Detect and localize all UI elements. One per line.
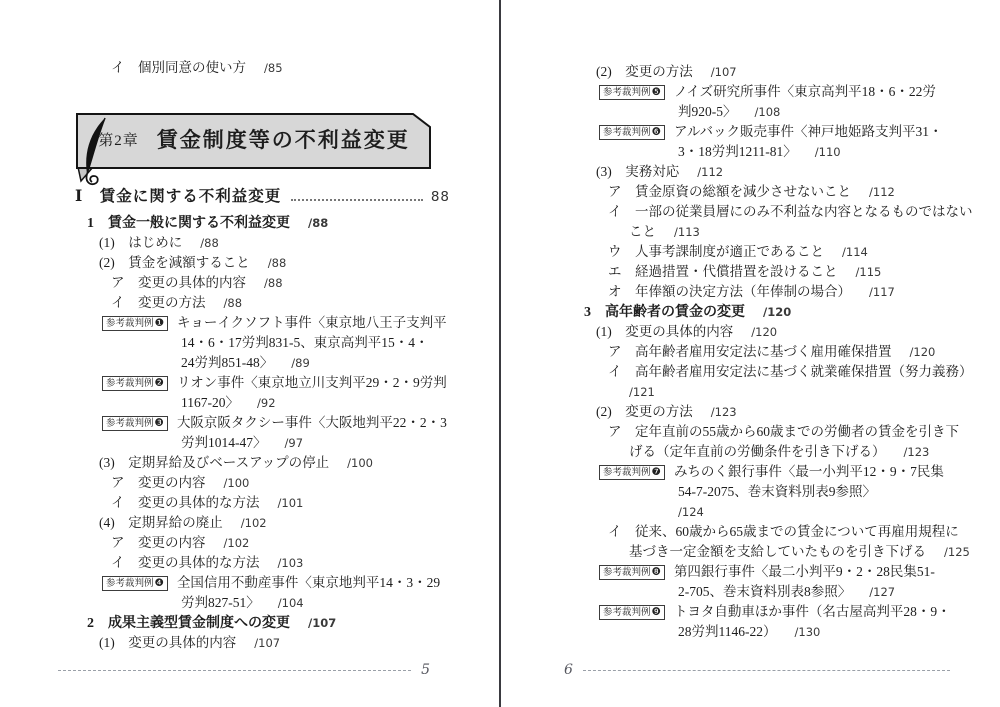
toc-text: イ 一部の従業員層にのみ不利益な内容となるものではない bbox=[608, 204, 973, 219]
toc-row: 基づき一定金額を支給していたものを引き下げる/125 bbox=[572, 542, 972, 562]
toc-row: こと/113 bbox=[572, 222, 972, 242]
page-ref: /120 bbox=[751, 325, 777, 339]
toc-row: ア 高年齢者雇用安定法に基づく雇用確保措置/120 bbox=[572, 342, 972, 362]
right-page: (2) 変更の方法/107参考裁判例❺ノイズ研究所事件〈東京高判平18・6・22… bbox=[500, 0, 1000, 707]
footer-rule bbox=[58, 670, 411, 671]
toc-text: (1) 変更の具体的内容 bbox=[596, 324, 733, 339]
toc-row: 14・6・17労判831-5、東京高判平15・4・ bbox=[75, 333, 450, 353]
page-ref: /102 bbox=[241, 516, 267, 530]
toc-row: (4) 定期昇給の廃止/102 bbox=[75, 513, 450, 533]
page-ref: /117 bbox=[869, 285, 895, 299]
toc-row: ア 賃金原資の総額を減少させないこと/112 bbox=[572, 182, 972, 202]
page-ref: /104 bbox=[278, 596, 304, 610]
toc-text: (2) 変更の方法 bbox=[596, 64, 693, 79]
page-ref: /85 bbox=[264, 61, 283, 75]
case-ref-badge: 参考裁判例❸ bbox=[102, 416, 168, 431]
toc-right-rows: (2) 変更の方法/107参考裁判例❺ノイズ研究所事件〈東京高判平18・6・22… bbox=[572, 62, 972, 642]
toc-row: イ 一部の従業員層にのみ不利益な内容となるものではない bbox=[572, 202, 972, 222]
toc-text: 労判1014-47〉 bbox=[181, 435, 267, 450]
toc-row: (3) 実務対応/112 bbox=[572, 162, 972, 182]
toc-row: (1) 変更の具体的内容/107 bbox=[75, 633, 450, 653]
toc-text: ア 変更の内容 bbox=[111, 475, 206, 490]
case-row: 参考裁判例❸大阪京阪タクシー事件〈大阪地判平22・2・3 bbox=[75, 413, 450, 433]
case-ref-badge: 参考裁判例❷ bbox=[102, 376, 168, 391]
toc-row: (1) 変更の具体的内容/120 bbox=[572, 322, 972, 342]
page-ref: /107 bbox=[308, 616, 336, 630]
banner-chapter-label: 第2章 bbox=[98, 129, 139, 150]
toc-text: げる（定年直前の労働条件を引き下げる） bbox=[629, 444, 886, 459]
case-row: 参考裁判例❺ノイズ研究所事件〈東京高判平18・6・22労 bbox=[572, 82, 972, 102]
toc-row: (2) 変更の方法/123 bbox=[572, 402, 972, 422]
page-ref: /88 bbox=[264, 276, 283, 290]
toc-text: みちのく銀行事件〈最一小判平12・9・7民集 bbox=[674, 464, 944, 479]
toc-row: ア 変更の内容/102 bbox=[75, 533, 450, 553]
toc-row: イ 高年齢者雇用安定法に基づく就業確保措置（努力義務） bbox=[572, 362, 972, 382]
toc-text: イ 変更の具体的な方法 bbox=[111, 495, 260, 510]
toc-text: 28労判1146-22） bbox=[678, 624, 777, 639]
toc-text: 24労判851-48〉 bbox=[181, 355, 273, 370]
toc-row: イ 変更の方法/88 bbox=[75, 293, 450, 313]
page-ref: /97 bbox=[285, 436, 304, 450]
page-ref: /130 bbox=[795, 625, 821, 639]
toc-text: リオン事件〈東京地立川支判平29・2・9労判 bbox=[177, 375, 447, 390]
toc-text: エ 経過措置・代償措置を設けること bbox=[608, 264, 838, 279]
case-row: 参考裁判例❹全国信用不動産事件〈東京地判平14・3・29 bbox=[75, 573, 450, 593]
toc-row: イ 変更の具体的な方法/103 bbox=[75, 553, 450, 573]
right-footer: 6 bbox=[554, 662, 950, 678]
toc-row: ウ 人事考課制度が適正であること/114 bbox=[572, 242, 972, 262]
page-ref: /112 bbox=[697, 165, 723, 179]
page-ref: /107 bbox=[711, 65, 737, 79]
toc-text: 3・18労判1211-81〉 bbox=[678, 144, 797, 159]
chapter-banner: 第2章 賃金制度等の不利益変更 bbox=[75, 112, 433, 170]
toc-row: (1) はじめに/88 bbox=[75, 233, 450, 253]
page-ref: /100 bbox=[347, 456, 373, 470]
banner-title: 賃金制度等の不利益変更 bbox=[157, 124, 410, 154]
toc-row: 1167-20〉/92 bbox=[75, 393, 450, 413]
toc-row: オ 年俸額の決定方法（年俸制の場合）/117 bbox=[572, 282, 972, 302]
page-ref: /107 bbox=[254, 636, 280, 650]
page-ref: /114 bbox=[842, 245, 868, 259]
toc-text: 3 高年齢者の賃金の変更 bbox=[584, 305, 745, 320]
page-ref: /101 bbox=[278, 496, 304, 510]
page-ref: /123 bbox=[904, 445, 930, 459]
toc-row: 判920-5〉/108 bbox=[572, 102, 972, 122]
footer-page-number: 6 bbox=[554, 662, 583, 678]
toc-text: (3) 定期昇給及びベースアップの停止 bbox=[99, 455, 329, 470]
toc-row: /121 bbox=[572, 382, 972, 402]
toc-text: こと bbox=[629, 224, 656, 239]
footer-rule bbox=[583, 670, 950, 671]
section-heading-page: 88 bbox=[431, 189, 450, 205]
toc-text: イ 個別同意の使い方 bbox=[111, 60, 246, 75]
section-heading: Ⅰ 賃金に関する不利益変更 88 bbox=[75, 184, 450, 206]
toc-text: ウ 人事考課制度が適正であること bbox=[608, 244, 824, 259]
page-ref: /112 bbox=[869, 185, 895, 199]
toc-text: イ 変更の方法 bbox=[111, 295, 206, 310]
toc-text: 1167-20〉 bbox=[181, 395, 239, 410]
page-ref: /115 bbox=[856, 265, 882, 279]
case-row: 参考裁判例❽第四銀行事件〈最二小判平9・2・28民集51- bbox=[572, 562, 972, 582]
page-ref: /124 bbox=[678, 505, 704, 519]
toc-text: ノイズ研究所事件〈東京高判平18・6・22労 bbox=[674, 84, 936, 99]
page-ref: /92 bbox=[257, 396, 276, 410]
toc-text: オ 年俸額の決定方法（年俸制の場合） bbox=[608, 284, 851, 299]
page-ref: /89 bbox=[291, 356, 310, 370]
page-ref: /88 bbox=[268, 256, 287, 270]
toc-text: アルバック販売事件〈神戸地姫路支判平31・ bbox=[674, 124, 943, 139]
page-ref: /127 bbox=[869, 585, 895, 599]
page-ref: /123 bbox=[711, 405, 737, 419]
toc-row: げる（定年直前の労働条件を引き下げる）/123 bbox=[572, 442, 972, 462]
toc-text: キョーイクソフト事件〈東京地八王子支判平 bbox=[177, 315, 447, 330]
case-ref-badge: 参考裁判例❼ bbox=[599, 465, 665, 480]
left-page: イ 個別同意の使い方/85 第2章 賃金制度等の不利益変更 Ⅰ 賃金に関する不利 bbox=[0, 0, 500, 707]
case-row: 参考裁判例❶キョーイクソフト事件〈東京地八王子支判平 bbox=[75, 313, 450, 333]
toc-text: イ 従来、60歳から65歳までの賃金について再雇用規程に bbox=[608, 524, 959, 539]
case-row: 参考裁判例❾トヨタ自動車ほか事件（名古屋高判平28・9・ bbox=[572, 602, 972, 622]
toc-row: イ 個別同意の使い方/85 bbox=[75, 58, 450, 78]
page-ref: /88 bbox=[200, 236, 219, 250]
page-ref: /88 bbox=[224, 296, 243, 310]
toc-row: ア 定年直前の55歳から60歳までの労働者の賃金を引き下 bbox=[572, 422, 972, 442]
toc-pre-rows: イ 個別同意の使い方/85 bbox=[75, 58, 450, 78]
case-row: 参考裁判例❻アルバック販売事件〈神戸地姫路支判平31・ bbox=[572, 122, 972, 142]
toc-text: 大阪京阪タクシー事件〈大阪地判平22・2・3 bbox=[177, 415, 447, 430]
page-ref: /125 bbox=[944, 545, 970, 559]
left-page-content: イ 個別同意の使い方/85 第2章 賃金制度等の不利益変更 Ⅰ 賃金に関する不利 bbox=[75, 58, 450, 653]
page-ref: /100 bbox=[224, 476, 250, 490]
toc-text: (1) はじめに bbox=[99, 235, 182, 250]
page-ref: /102 bbox=[224, 536, 250, 550]
toc-row: (2) 賃金を減額すること/88 bbox=[75, 253, 450, 273]
toc-row: 24労判851-48〉/89 bbox=[75, 353, 450, 373]
page-ref: /120 bbox=[763, 305, 791, 319]
toc-text: 判920-5〉 bbox=[678, 104, 737, 119]
toc-text: 基づき一定金額を支給していたものを引き下げる bbox=[629, 544, 926, 559]
toc-row: ア 変更の内容/100 bbox=[75, 473, 450, 493]
toc-text: (2) 変更の方法 bbox=[596, 404, 693, 419]
toc-text: 労判827-51〉 bbox=[181, 595, 260, 610]
page-ref: /88 bbox=[308, 216, 328, 230]
toc-row: /124 bbox=[572, 502, 972, 522]
toc-text: ア 変更の具体的内容 bbox=[111, 275, 246, 290]
case-ref-badge: 参考裁判例❹ bbox=[102, 576, 168, 591]
page-ref: /108 bbox=[755, 105, 781, 119]
case-row: 参考裁判例❼みちのく銀行事件〈最一小判平12・9・7民集 bbox=[572, 462, 972, 482]
toc-text: (3) 実務対応 bbox=[596, 164, 679, 179]
toc-row: 労判827-51〉/104 bbox=[75, 593, 450, 613]
toc-text: 14・6・17労判831-5、東京高判平15・4・ bbox=[181, 335, 429, 350]
case-ref-badge: 参考裁判例❾ bbox=[599, 605, 665, 620]
page-ref: /103 bbox=[278, 556, 304, 570]
banner-text: 第2章 賃金制度等の不利益変更 bbox=[81, 112, 427, 166]
toc-text: 54-7-2075、巻末資料別表9参照〉 bbox=[678, 484, 876, 499]
toc-text: ア 変更の内容 bbox=[111, 535, 206, 550]
footer-page-number: 5 bbox=[411, 662, 440, 678]
toc-row: エ 経過措置・代償措置を設けること/115 bbox=[572, 262, 972, 282]
toc-row: 3 高年齢者の賃金の変更/120 bbox=[572, 302, 972, 322]
toc-row: 2 成果主義型賃金制度への変更/107 bbox=[75, 613, 450, 633]
page-divider bbox=[499, 0, 501, 707]
toc-text: 2 成果主義型賃金制度への変更 bbox=[87, 616, 290, 631]
case-row: 参考裁判例❷リオン事件〈東京地立川支判平29・2・9労判 bbox=[75, 373, 450, 393]
page-ref: /121 bbox=[629, 385, 655, 399]
case-ref-badge: 参考裁判例❺ bbox=[599, 85, 665, 100]
right-page-content: (2) 変更の方法/107参考裁判例❺ノイズ研究所事件〈東京高判平18・6・22… bbox=[572, 62, 972, 642]
page-ref: /110 bbox=[815, 145, 841, 159]
toc-text: イ 変更の具体的な方法 bbox=[111, 555, 260, 570]
toc-text: ア 高年齢者雇用安定法に基づく雇用確保措置 bbox=[608, 344, 892, 359]
toc-text: 1 賃金一般に関する不利益変更 bbox=[87, 216, 290, 231]
toc-text: (2) 賃金を減額すること bbox=[99, 255, 250, 270]
toc-row: 3・18労判1211-81〉/110 bbox=[572, 142, 972, 162]
toc-text: ア 定年直前の55歳から60歳までの労働者の賃金を引き下 bbox=[608, 424, 959, 439]
toc-row: 1 賃金一般に関する不利益変更/88 bbox=[75, 213, 450, 233]
toc-row: 28労判1146-22）/130 bbox=[572, 622, 972, 642]
case-ref-badge: 参考裁判例❻ bbox=[599, 125, 665, 140]
case-ref-badge: 参考裁判例❽ bbox=[599, 565, 665, 580]
toc-text: ア 賃金原資の総額を減少させないこと bbox=[608, 184, 851, 199]
toc-left-rows: 1 賃金一般に関する不利益変更/88(1) はじめに/88(2) 賃金を減額する… bbox=[75, 213, 450, 653]
toc-row: ア 変更の具体的内容/88 bbox=[75, 273, 450, 293]
toc-text: (1) 変更の具体的内容 bbox=[99, 635, 236, 650]
toc-row: 労判1014-47〉/97 bbox=[75, 433, 450, 453]
toc-row: (2) 変更の方法/107 bbox=[572, 62, 972, 82]
toc-row: イ 従来、60歳から65歳までの賃金について再雇用規程に bbox=[572, 522, 972, 542]
toc-row: 54-7-2075、巻末資料別表9参照〉 bbox=[572, 482, 972, 502]
left-footer: 5 bbox=[58, 662, 440, 678]
toc-row: (3) 定期昇給及びベースアップの停止/100 bbox=[75, 453, 450, 473]
page-ref: /113 bbox=[674, 225, 700, 239]
toc-text: 全国信用不動産事件〈東京地判平14・3・29 bbox=[177, 575, 440, 590]
toc-text: 第四銀行事件〈最二小判平9・2・28民集51- bbox=[674, 564, 935, 579]
toc-text: 2-705、巻末資料別表8参照〉 bbox=[678, 584, 851, 599]
toc-row: 2-705、巻末資料別表8参照〉/127 bbox=[572, 582, 972, 602]
case-ref-badge: 参考裁判例❶ bbox=[102, 316, 168, 331]
toc-row: イ 変更の具体的な方法/101 bbox=[75, 493, 450, 513]
toc-text: トヨタ自動車ほか事件（名古屋高判平28・9・ bbox=[674, 604, 951, 619]
page-ref: /120 bbox=[910, 345, 936, 359]
toc-text: (4) 定期昇給の廃止 bbox=[99, 515, 223, 530]
dot-leader bbox=[291, 199, 423, 201]
toc-text: イ 高年齢者雇用安定法に基づく就業確保措置（努力義務） bbox=[608, 364, 973, 379]
